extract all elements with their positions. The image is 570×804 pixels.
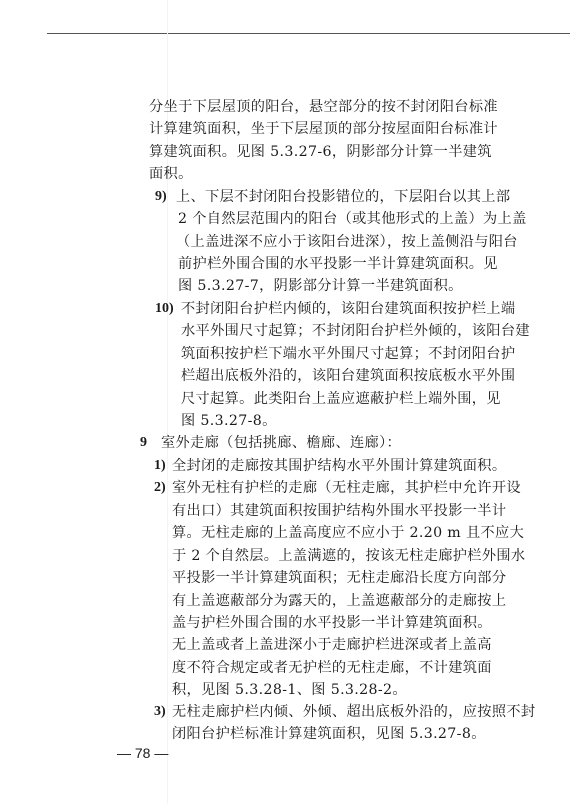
section-number: 9 [140, 434, 147, 452]
text-line: 尺寸起算。此类阳台上盖应遮蔽护栏上端外围，见 [181, 390, 501, 408]
text-line: 面积。 [149, 165, 193, 183]
text-line: 积，见图 5.3.28-1、图 5.3.28-2。 [172, 681, 407, 699]
item-label: 2) [154, 479, 166, 497]
text-line: 于 2 个自然层。上盖满遮的，按该无柱走廊护栏外围水 [172, 547, 525, 565]
text-line: 上、下层不封闭阳台投影错位的，下层阳台以其上部 [176, 188, 510, 206]
text-line: 图 5.3.27-7，阴影部分计算一半建筑面积。 [178, 277, 463, 295]
header-rule [47, 33, 570, 34]
section-title: 室外走廊（包括挑廊、檐廊、连廊）： [161, 434, 401, 452]
text-line: 无上盖或者上盖进深小于走廊护栏进深或者上盖高 [172, 636, 492, 654]
item-label: 10) [155, 300, 174, 318]
text-line: 2 个自然层范围内的阳台（或其他形式的上盖）为上盖 [178, 210, 527, 228]
item-label: 1) [154, 457, 166, 475]
page-number: — 78 — [117, 744, 168, 762]
text-line: 平投影一半计算建筑面积；无柱走廊沿长度方向部分 [172, 569, 506, 587]
text-line: 栏超出底板外沿的，该阳台建筑面积按底板水平外围 [181, 367, 515, 385]
text-line: 闭阳台护栏标准计算建筑面积，见图 5.3.27-8。 [172, 725, 486, 743]
text-line: 水平外围尺寸起算；不封闭阳台护栏外倾的，该阳台建 [181, 322, 530, 340]
text-line: 盖与护栏外围合围的水平投影一半计算建筑面积。 [172, 614, 492, 632]
text-line: 室外无柱有护栏的走廊（无柱走廊，其护栏中允许开设 [172, 479, 521, 497]
text-line: 前护栏外围合围的水平投影一半计算建筑面积。见 [178, 255, 498, 273]
text-line: 算建筑面积。见图 5.3.27-6，阴影部分计算一半建筑 [149, 143, 492, 161]
text-line: 算。无柱走廊的上盖高度应不应小于 2.20 m 且不应大 [172, 524, 524, 542]
text-line: 无柱走廊护栏内倾、外倾、超出底板外沿的，应按照不封 [172, 703, 535, 721]
text-line: 不封闭阳台护栏内倾的，该阳台建筑面积按护栏上端 [181, 300, 515, 318]
text-line: 分坐于下层屋顶的阳台，悬空部分的按不封闭阳台标准 [149, 98, 498, 116]
text-line: 有出口）其建筑面积按围护结构外围水平投影一半计 [172, 502, 506, 520]
text-line: （上盖进深不应小于该阳台进深），按上盖侧沿与阳台 [176, 233, 518, 251]
text-line: 图 5.3.27-8。 [181, 412, 277, 430]
text-line: 度不符合规定或者无护栏的无柱走廊，不计建筑面 [172, 659, 492, 677]
item-label: 3) [154, 703, 166, 721]
text-line: 全封闭的走廊按其围护结构水平外围计算建筑面积。 [172, 457, 506, 475]
text-line: 有上盖遮蔽部分为露天的，上盖遮蔽部分的走廊按上 [172, 592, 506, 610]
item-label: 9) [155, 188, 167, 206]
text-line: 计算建筑面积，坐于下层屋顶的部分按屋面阳台标准计 [149, 120, 498, 138]
text-line: 筑面积按护栏下端水平外围尺寸起算；不封闭阳台护 [181, 345, 515, 363]
